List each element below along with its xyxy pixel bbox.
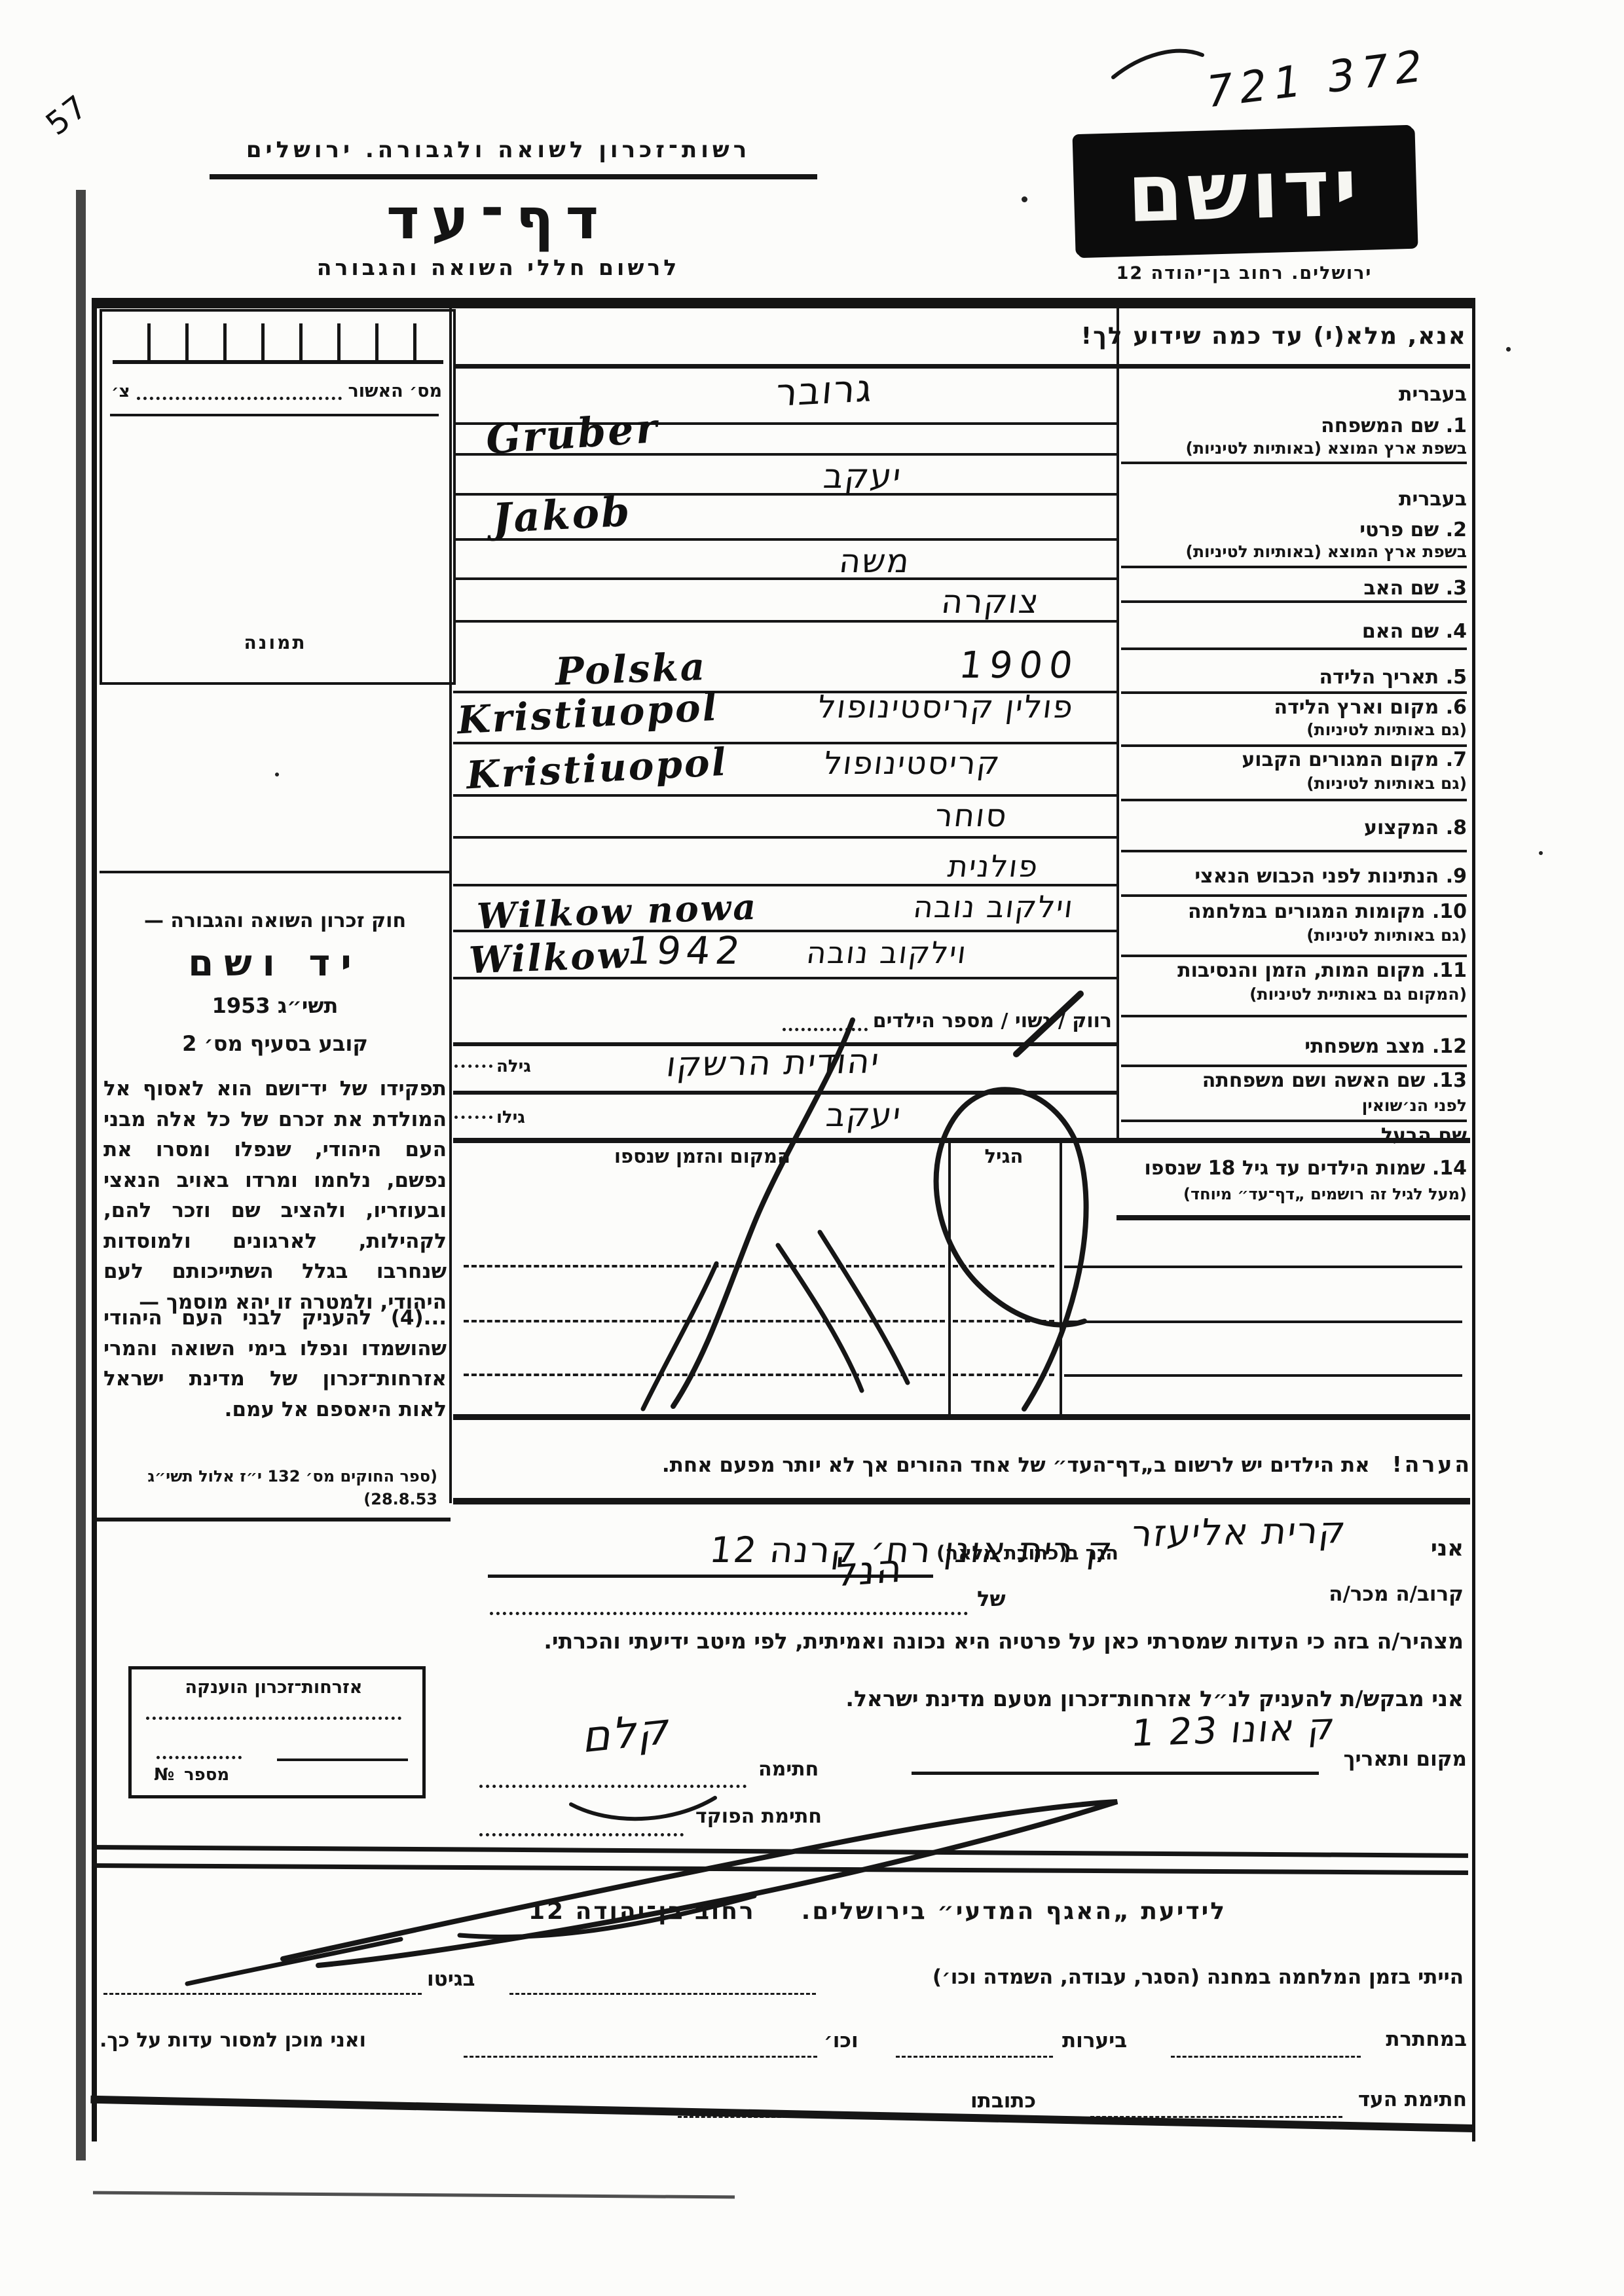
signature-blank-line xyxy=(479,1785,747,1788)
first-name-hebrew-handwritten: יעקב xyxy=(821,457,904,496)
stray-scan-line xyxy=(93,2191,735,2199)
table-row-line xyxy=(464,1320,945,1322)
file-number-handwritten: 721 372 xyxy=(1204,39,1431,118)
residence-hebrew-handwritten: קריסטינופול xyxy=(717,745,1003,782)
table-row-line xyxy=(953,1374,1054,1376)
ghetto-label: בגיטו xyxy=(427,1969,475,1990)
field4-label: 4. שם האם xyxy=(1125,622,1467,642)
form-title: דף־עד xyxy=(185,191,812,247)
label-separator xyxy=(1121,647,1467,650)
birth-year-handwritten: 1900 xyxy=(957,644,1081,687)
field11-sublabel: (המקום גם באותיית לטיניות) xyxy=(1125,986,1467,1002)
declarant-name-handwritten: קרית אליעזר xyxy=(1129,1509,1349,1556)
law-source: (ספר החוקים מס׳ 132 י״ז אלול תשי״ג 28.8.… xyxy=(103,1465,437,1511)
first-name-latin-handwritten: Jakob xyxy=(491,487,633,542)
sidebar-bottom-rule xyxy=(92,1518,451,1522)
witness-signature-label: חתימת העד xyxy=(1358,2090,1467,2110)
file-number-flourish xyxy=(1113,51,1202,77)
ready-to-testify-text: ואני מוכן למסור עדות על כך. xyxy=(100,2031,366,2050)
stamp-blank-line xyxy=(146,1717,401,1720)
answer-line xyxy=(453,884,1116,886)
labels-separator xyxy=(1116,308,1119,1138)
table-bottom-rule xyxy=(453,1414,1470,1420)
field12-label: 12. מצב משפחתי xyxy=(1125,1037,1467,1057)
note-label: הערה! xyxy=(1392,1453,1472,1475)
authority-name: רשות־זכרון לשואה ולגבורה. ירושלים xyxy=(185,139,812,161)
field2-label: 2. שם פרטי xyxy=(1125,520,1467,540)
blank-line xyxy=(464,2056,817,2058)
table-column-rule xyxy=(1060,1138,1062,1417)
field9-label: 9. הנתינות לפני הכבוש הנאצי xyxy=(1125,867,1467,886)
corner-number-handwritten: 57 xyxy=(39,88,96,143)
citizenship-handwritten: פולנית xyxy=(946,848,1041,884)
table-row-line xyxy=(1064,1266,1462,1268)
wife-name-handwritten: יהודית הרשקו xyxy=(664,1042,882,1085)
marital-status-row: רווק / נשוי / מספר הילדים xyxy=(753,1011,1112,1031)
wife-age-label: גילה xyxy=(496,1058,531,1075)
field7-sublabel: (גם באותיות לטיניות) xyxy=(1125,775,1467,792)
birth-place-hebrew-handwritten: פולין קריסטינופול xyxy=(705,689,1077,725)
logo-text: ידושם xyxy=(1126,147,1362,234)
field8-label: 8. המקצוע xyxy=(1125,818,1467,838)
signature-label: חתימה xyxy=(758,1760,819,1779)
science-title-part2: רחוב בן־יהודה 12 xyxy=(528,1900,756,1923)
blank-line xyxy=(1171,2056,1361,2058)
header-underline xyxy=(210,174,817,179)
field1-label: 1. שם המשפחה xyxy=(1125,416,1467,436)
rule xyxy=(453,1498,1470,1504)
answer-line xyxy=(453,742,1116,744)
label-separator xyxy=(1121,600,1467,603)
answer-line xyxy=(453,794,1116,797)
death-place-hebrew-handwritten: וילקוב נובה xyxy=(805,935,970,970)
field13-sublabel: לפני הנ׳שואין xyxy=(1125,1097,1467,1114)
table-row-line xyxy=(953,1320,1054,1322)
scanned-testimony-page: 57 721 372 רשות־זכרון לשואה ולגבורה. ירו… xyxy=(0,0,1624,2296)
note-text: את הילדים יש לרשום ב„דף־העד״ של אחד ההור… xyxy=(662,1455,1370,1476)
place-date-blank-line xyxy=(912,1772,1319,1775)
table-column-rule xyxy=(948,1138,951,1417)
witness-signature-handwritten: קלם xyxy=(581,1702,675,1763)
label-separator xyxy=(1121,1065,1467,1067)
of-handwritten: הנל xyxy=(834,1545,905,1596)
approval-suffix: צ׳ xyxy=(111,383,130,400)
blank-line xyxy=(103,1993,422,1995)
marital-status-options: רווק / נשוי / מספר הילדים xyxy=(873,1011,1112,1031)
label-separator xyxy=(1121,462,1467,464)
label-separator xyxy=(1121,691,1467,694)
label-separator-thick xyxy=(1116,1215,1470,1220)
clerk-signature-label: חתימת הפוקד xyxy=(695,1807,822,1827)
table-row-line xyxy=(1064,1374,1462,1377)
field10-label: 10. מקומות המגורים במלחמה xyxy=(1125,902,1467,922)
page-edge-shadow xyxy=(76,190,86,2160)
stamp-number-sign: № xyxy=(154,1766,174,1783)
label-separator xyxy=(1121,744,1467,747)
answer-line xyxy=(453,1091,1116,1095)
relation-blank-line xyxy=(490,1612,968,1615)
photo-label: תמונה xyxy=(110,634,441,652)
witness-address-label: כתובתו xyxy=(970,2091,1036,2111)
label-separator xyxy=(1121,955,1467,957)
declaration-statement: מצהיר/ה בזה כי העדות שמסרתי כאן על פרטיה… xyxy=(544,1630,1464,1652)
husband-age-label: גילו xyxy=(496,1109,525,1126)
field1-sublabel: בשפת ארץ המוצא (באותיות לטיניות) xyxy=(1125,440,1467,456)
field3-label: 3. שם האב xyxy=(1125,579,1467,598)
intro-note: אנא, מלא(י) עד כמה שידוע לך! xyxy=(1125,325,1467,348)
note-row: הערה! את הילדים יש לרשום ב„דף־העד״ של אח… xyxy=(458,1453,1472,1476)
field2-sublabel: בשפת ארץ המוצא (באותיות לטיניות) xyxy=(1125,543,1467,560)
form-subtitle: לרשום חללי השואה והגבורה xyxy=(185,257,812,278)
mother-name-handwritten: צוקרה xyxy=(939,583,1042,621)
number-ruler-ticks xyxy=(113,323,443,364)
place-date-label: מקום ותאריך xyxy=(1344,1749,1467,1770)
stamp-box-title: אזרחות־זכרון הוענקה xyxy=(138,1679,409,1696)
field11-label: 11. מקום המות, הזמן והנסיבות xyxy=(1125,961,1467,981)
citizenship-stamp-box: אזרחות־זכרון הוענקה מספר № xyxy=(128,1666,426,1798)
line xyxy=(277,1758,408,1761)
underground-label: במחתרת xyxy=(1386,2030,1467,2050)
field13-label: 13. שם האשה ושם משפחתה xyxy=(1125,1071,1467,1091)
blank-line xyxy=(896,2056,1053,2058)
approval-row: מס׳ האשור צ׳ xyxy=(111,377,442,400)
field5-label: 5. תאריך הלידה xyxy=(1125,668,1467,687)
label-separator xyxy=(1121,799,1467,801)
law-year: תשי״ג 1953 xyxy=(103,995,447,1016)
label-separator xyxy=(1121,1015,1467,1017)
photo-box: מס׳ האשור צ׳ תמונה xyxy=(100,309,456,685)
answer-line xyxy=(453,577,1116,580)
label-separator xyxy=(1121,1120,1467,1122)
children-count-blank xyxy=(783,1011,868,1031)
death-place-latin-handwritten: Wilkow xyxy=(468,934,631,983)
science-title-part1: לידיעת „האגף המדעי״ בירושלים. xyxy=(802,1900,1227,1923)
wartime-camp-statement: הייתי בזמן המלחמה במחנה (הסגר, עבודה, הש… xyxy=(932,1967,1464,1988)
law-heading: חוק זכרון השואה והגבורה — xyxy=(103,911,447,931)
rule xyxy=(453,364,1470,369)
field10-sublabel: (גם באותיות לטיניות) xyxy=(1125,927,1467,943)
profession-handwritten: סוחר xyxy=(933,797,1010,834)
table-row-line xyxy=(464,1265,945,1267)
father-name-handwritten: משה xyxy=(837,542,912,580)
table-header-place-time: המקום והזמן שנספו xyxy=(458,1147,946,1166)
declarant-i-label: אני xyxy=(1431,1537,1464,1559)
age-blank xyxy=(454,1116,492,1119)
label-separator xyxy=(1121,850,1467,852)
death-year-handwritten: 1942 xyxy=(625,928,748,973)
approval-number-blank xyxy=(137,377,342,400)
husband-name-handwritten: יעקב xyxy=(824,1096,904,1134)
label-separator xyxy=(1121,894,1467,897)
scan-speck xyxy=(1022,196,1027,202)
label-separator xyxy=(1121,566,1467,568)
clerk-signature-blank-line xyxy=(479,1833,684,1836)
law-body-2: ...(4) להעניק לבני העם היהודי שהושמדו ונ… xyxy=(103,1303,447,1425)
table-top-rule xyxy=(453,1138,1470,1143)
stamp-number-label: מספר xyxy=(184,1766,229,1783)
answer-line xyxy=(453,836,1116,839)
stamp-number-blank xyxy=(157,1756,242,1759)
etc-label: וכו׳ xyxy=(824,2031,858,2051)
line xyxy=(110,414,439,416)
law-org-name: יד ושם xyxy=(103,945,447,982)
field14-label: 14. שמות הילדים עד גיל 18 שנספו xyxy=(1125,1159,1467,1178)
table-row-line xyxy=(953,1265,1054,1267)
declaration-request: אני מבקש/ת להעניק לנ״ל אזרחות־זכרון מטעם… xyxy=(845,1688,1464,1709)
age-blank xyxy=(454,1065,492,1068)
field14-sublabel: (מעל לגיל זה רושמים „דף־עד״ מיוחד) xyxy=(1125,1186,1467,1202)
of-label: של xyxy=(977,1588,1006,1609)
logo-address: ירושלים. רחוב בן־יהודה 12 xyxy=(1061,264,1428,282)
field6-label: 6. מקום וארץ הלידה xyxy=(1125,698,1467,718)
field1-language-label: בעברית xyxy=(1125,385,1467,405)
sidebar-rule xyxy=(100,871,449,873)
wartime-residence-hebrew-handwritten: וילקוב נובה xyxy=(705,889,1077,924)
blank-line xyxy=(509,1993,816,1995)
table-row-line xyxy=(464,1374,945,1376)
field7-label: 7. מקום המגורים הקבוע xyxy=(1125,750,1467,770)
field6-sublabel: (גם באותיות לטיניות) xyxy=(1125,721,1467,738)
yad-vashem-logo: ידושם xyxy=(1073,125,1416,256)
field2-language-label: בעברית xyxy=(1125,490,1467,509)
science-section-title: לידיעת „האגף המדעי״ בירושלים. רחוב בן־יה… xyxy=(288,1900,1467,1923)
law-clause: קובע בסעיף מס׳ 2 xyxy=(103,1033,447,1054)
family-name-hebrew-handwritten: גרובר xyxy=(774,365,875,415)
table-header-age: הגיל xyxy=(948,1147,1060,1166)
forests-label: ביערות xyxy=(1062,2031,1127,2051)
law-body: תפקידו של יד־ושם הוא לאסוף אל המולדת את … xyxy=(103,1074,447,1317)
scan-speck xyxy=(1506,347,1511,352)
address-handwritten: ק רית אונן רח׳ קרנה 12 xyxy=(338,1529,1116,1571)
relation-label: קרוב/ה מכר/ה xyxy=(1329,1584,1464,1605)
scan-speck xyxy=(1539,851,1543,855)
scan-speck xyxy=(275,773,279,776)
approval-number-label: מס׳ האשור xyxy=(348,382,442,400)
table-row-line xyxy=(1064,1321,1462,1323)
